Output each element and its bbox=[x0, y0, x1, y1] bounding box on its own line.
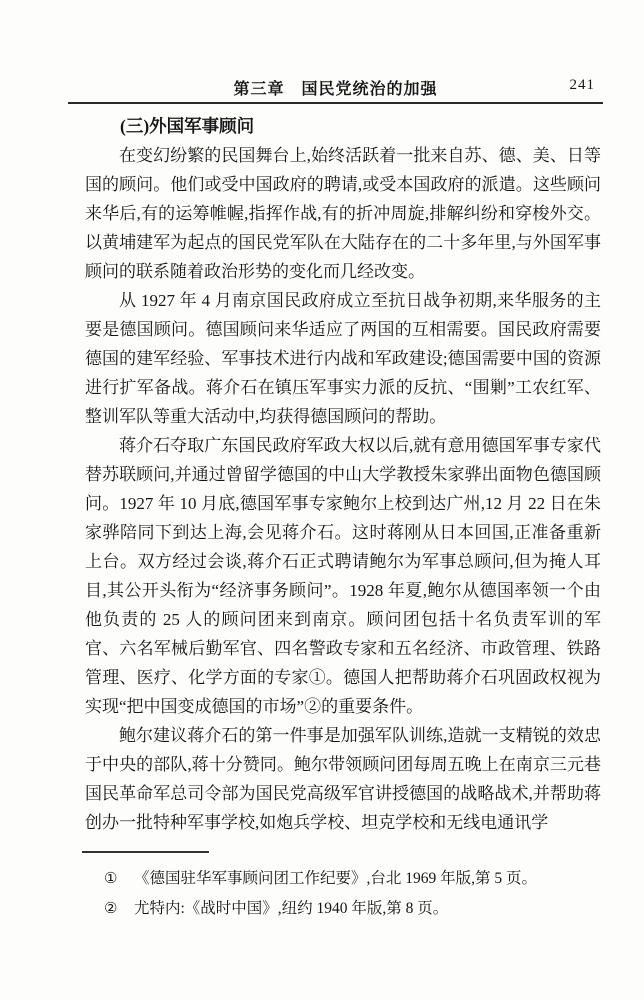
footnote-item: ② 尤特内:《战时中国》,纽约 1940 年版,第 8 页。 bbox=[104, 894, 601, 924]
section-heading: (三)外国军事顾问 bbox=[85, 112, 601, 141]
page-number: 241 bbox=[570, 77, 596, 94]
body-text: (三)外国军事顾问 在变幻纷繁的民国舞台上,始终活跃着一批来自苏、德、美、日等国… bbox=[85, 112, 601, 837]
footnote-marker-2: ② bbox=[104, 894, 134, 924]
footnote-marker-1: ① bbox=[104, 864, 134, 894]
running-header: 第三章 国民党统治的加强 241 bbox=[68, 76, 603, 98]
body-paragraph-3: 蒋介石夺取广东国民政府军政大权以后,就有意用德国军事专家代替苏联顾问,并通过曾留… bbox=[85, 431, 601, 721]
header-rule bbox=[68, 102, 603, 104]
body-paragraph-1: 在变幻纷繁的民国舞台上,始终活跃着一批来自苏、德、美、日等国的顾问。他们或受中国… bbox=[85, 141, 601, 286]
footnote-item: ① 《德国驻华军事顾问团工作纪要》,台北 1969 年版,第 5 页。 bbox=[104, 864, 601, 894]
footnote-separator-rule bbox=[82, 851, 209, 853]
body-paragraph-2: 从 1927 年 4 月南京国民政府成立至抗日战争初期,来华服务的主要是德国顾问… bbox=[85, 286, 601, 431]
body-paragraph-4: 鲍尔建议蒋介石的第一件事是加强军队训练,造就一支精锐的效忠于中央的部队,蒋十分赞… bbox=[85, 721, 601, 837]
book-page: 第三章 国民党统治的加强 241 (三)外国军事顾问 在变幻纷繁的民国舞台上,始… bbox=[0, 0, 644, 1000]
footnote-text-2: 尤特内:《战时中国》,纽约 1940 年版,第 8 页。 bbox=[134, 894, 601, 924]
footnotes: ① 《德国驻华军事顾问团工作纪要》,台北 1969 年版,第 5 页。 ② 尤特… bbox=[104, 864, 601, 924]
footnote-text-1: 《德国驻华军事顾问团工作纪要》,台北 1969 年版,第 5 页。 bbox=[134, 864, 601, 894]
chapter-title: 第三章 国民党统治的加强 bbox=[68, 76, 603, 99]
